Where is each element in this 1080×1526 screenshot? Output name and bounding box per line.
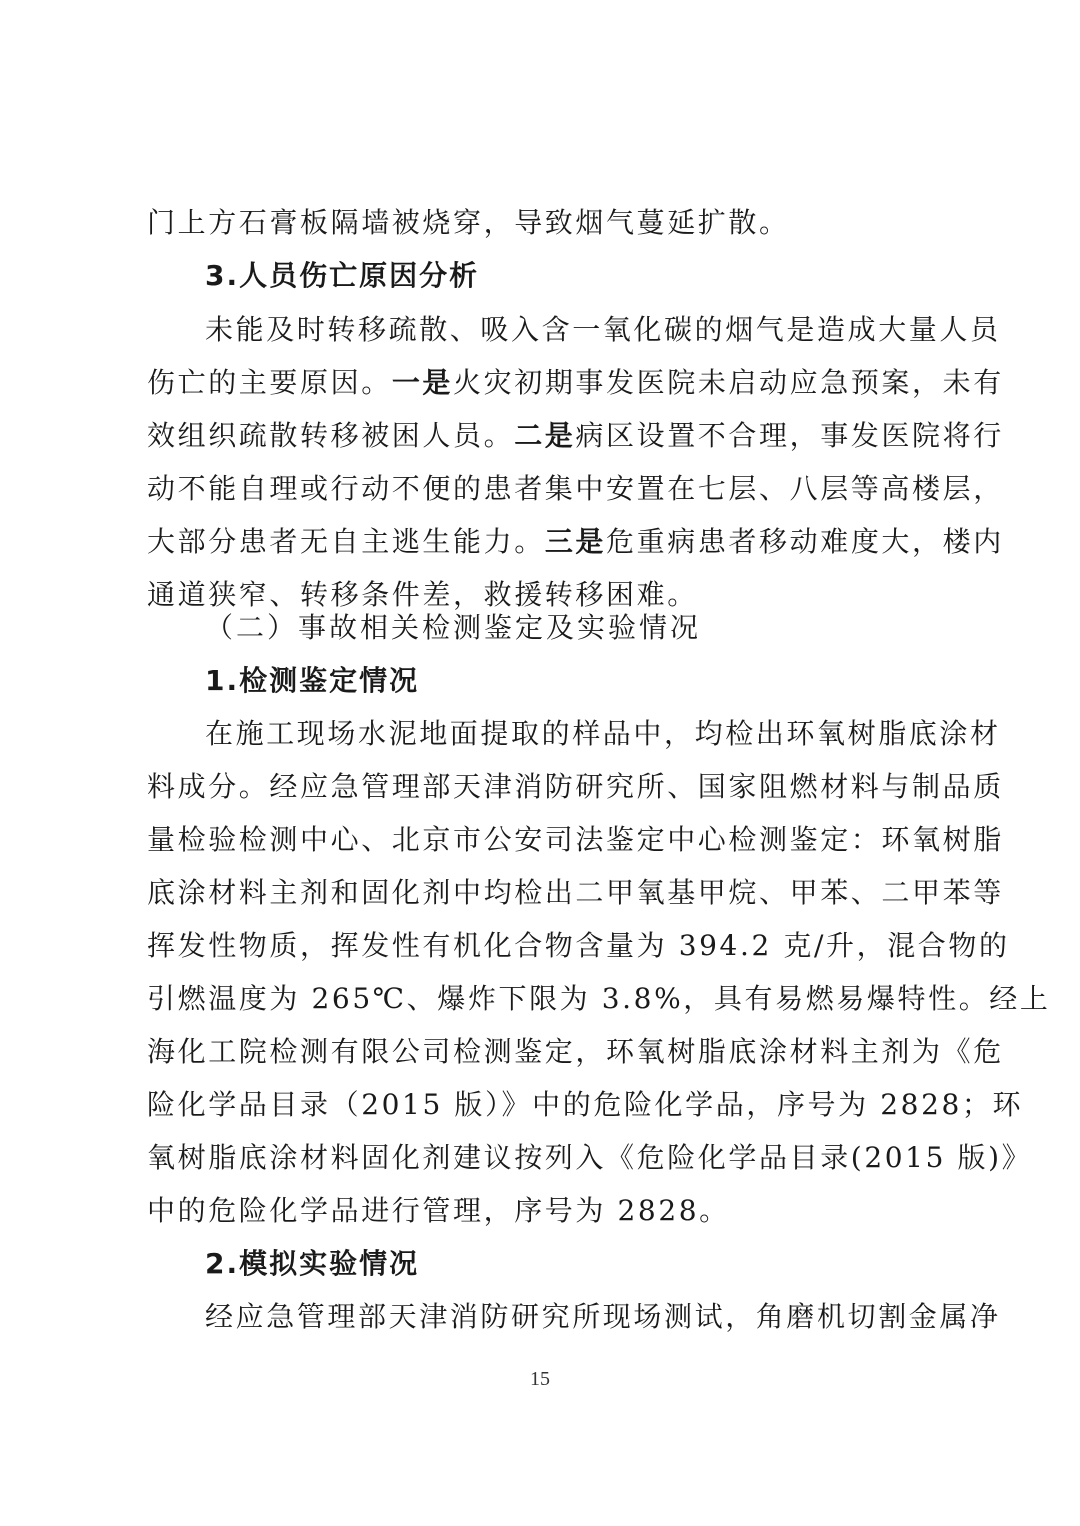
paragraph-line: 动不能自理或行动不便的患者集中安置在七层、八层等高楼层， — [147, 469, 947, 509]
text-run: 病区设置不合理，事发医院将行 — [575, 419, 1003, 452]
subsection-heading-testing: （二）事故相关检测鉴定及实验情况 — [205, 608, 947, 648]
paragraph-line: 中的危险化学品进行管理，序号为 2828。 — [147, 1191, 947, 1231]
paragraph-line: 底涂材料主剂和固化剂中均检出二甲氧基甲烷、甲苯、二甲苯等 — [147, 873, 947, 913]
paragraph-line: 量检验检测中心、北京市公安司法鉴定中心检测鉴定：环氧树脂 — [147, 820, 947, 860]
paragraph-line: 引燃温度为 265℃、爆炸下限为 3.8%，具有易燃易爆特性。经上 — [147, 979, 947, 1019]
document-page: 门上方石膏板隔墙被烧穿，导致烟气蔓延扩散。 3.人员伤亡原因分析 未能及时转移疏… — [0, 0, 1080, 1526]
paragraph-line: 挥发性物质，挥发性有机化合物含量为 394.2 克/升，混合物的 — [147, 926, 947, 966]
text-run: 效组织疏散转移被困人员。 — [147, 419, 514, 452]
paragraph-line: 在施工现场水泥地面提取的样品中，均检出环氧树脂底涂材 — [205, 714, 947, 754]
paragraph-line: 海化工院检测有限公司检测鉴定，环氧树脂底涂材料主剂为《危 — [147, 1032, 947, 1072]
paragraph-line: 料成分。经应急管理部天津消防研究所、国家阻燃材料与制品质 — [147, 767, 947, 807]
page-number: 15 — [0, 1368, 1080, 1391]
paragraph-line: 效组织疏散转移被困人员。二是病区设置不合理，事发医院将行 — [147, 416, 947, 456]
bold-lead-third: 三是 — [545, 525, 606, 558]
bold-lead-first: 一是 — [392, 366, 453, 399]
paragraph-line: 门上方石膏板隔墙被烧穿，导致烟气蔓延扩散。 — [147, 203, 947, 243]
paragraph-line: 险化学品目录（2015 版）》中的危险化学品，序号为 2828；环 — [147, 1085, 947, 1125]
paragraph-line: 氧树脂底涂材料固化剂建议按列入《危险化学品目录(2015 版)》 — [147, 1138, 947, 1178]
text-run: 伤亡的主要原因。 — [147, 366, 392, 399]
paragraph-line: 大部分患者无自主逃生能力。三是危重病患者移动难度大，楼内 — [147, 522, 947, 562]
text-run: 大部分患者无自主逃生能力。 — [147, 525, 545, 558]
section-heading-casualty-analysis: 3.人员伤亡原因分析 — [205, 256, 947, 296]
text-run: 危重病患者移动难度大，楼内 — [606, 525, 1004, 558]
section-heading-simulation: 2.模拟实验情况 — [205, 1244, 947, 1284]
bold-lead-second: 二是 — [514, 419, 575, 452]
section-heading-inspection: 1.检测鉴定情况 — [205, 661, 947, 701]
paragraph-line: 伤亡的主要原因。一是火灾初期事发医院未启动应急预案，未有 — [147, 363, 947, 403]
text-run: 火灾初期事发医院未启动应急预案，未有 — [453, 366, 1004, 399]
paragraph-line: 未能及时转移疏散、吸入含一氧化碳的烟气是造成大量人员 — [205, 310, 947, 350]
paragraph-line: 经应急管理部天津消防研究所现场测试，角磨机切割金属净 — [205, 1297, 947, 1337]
